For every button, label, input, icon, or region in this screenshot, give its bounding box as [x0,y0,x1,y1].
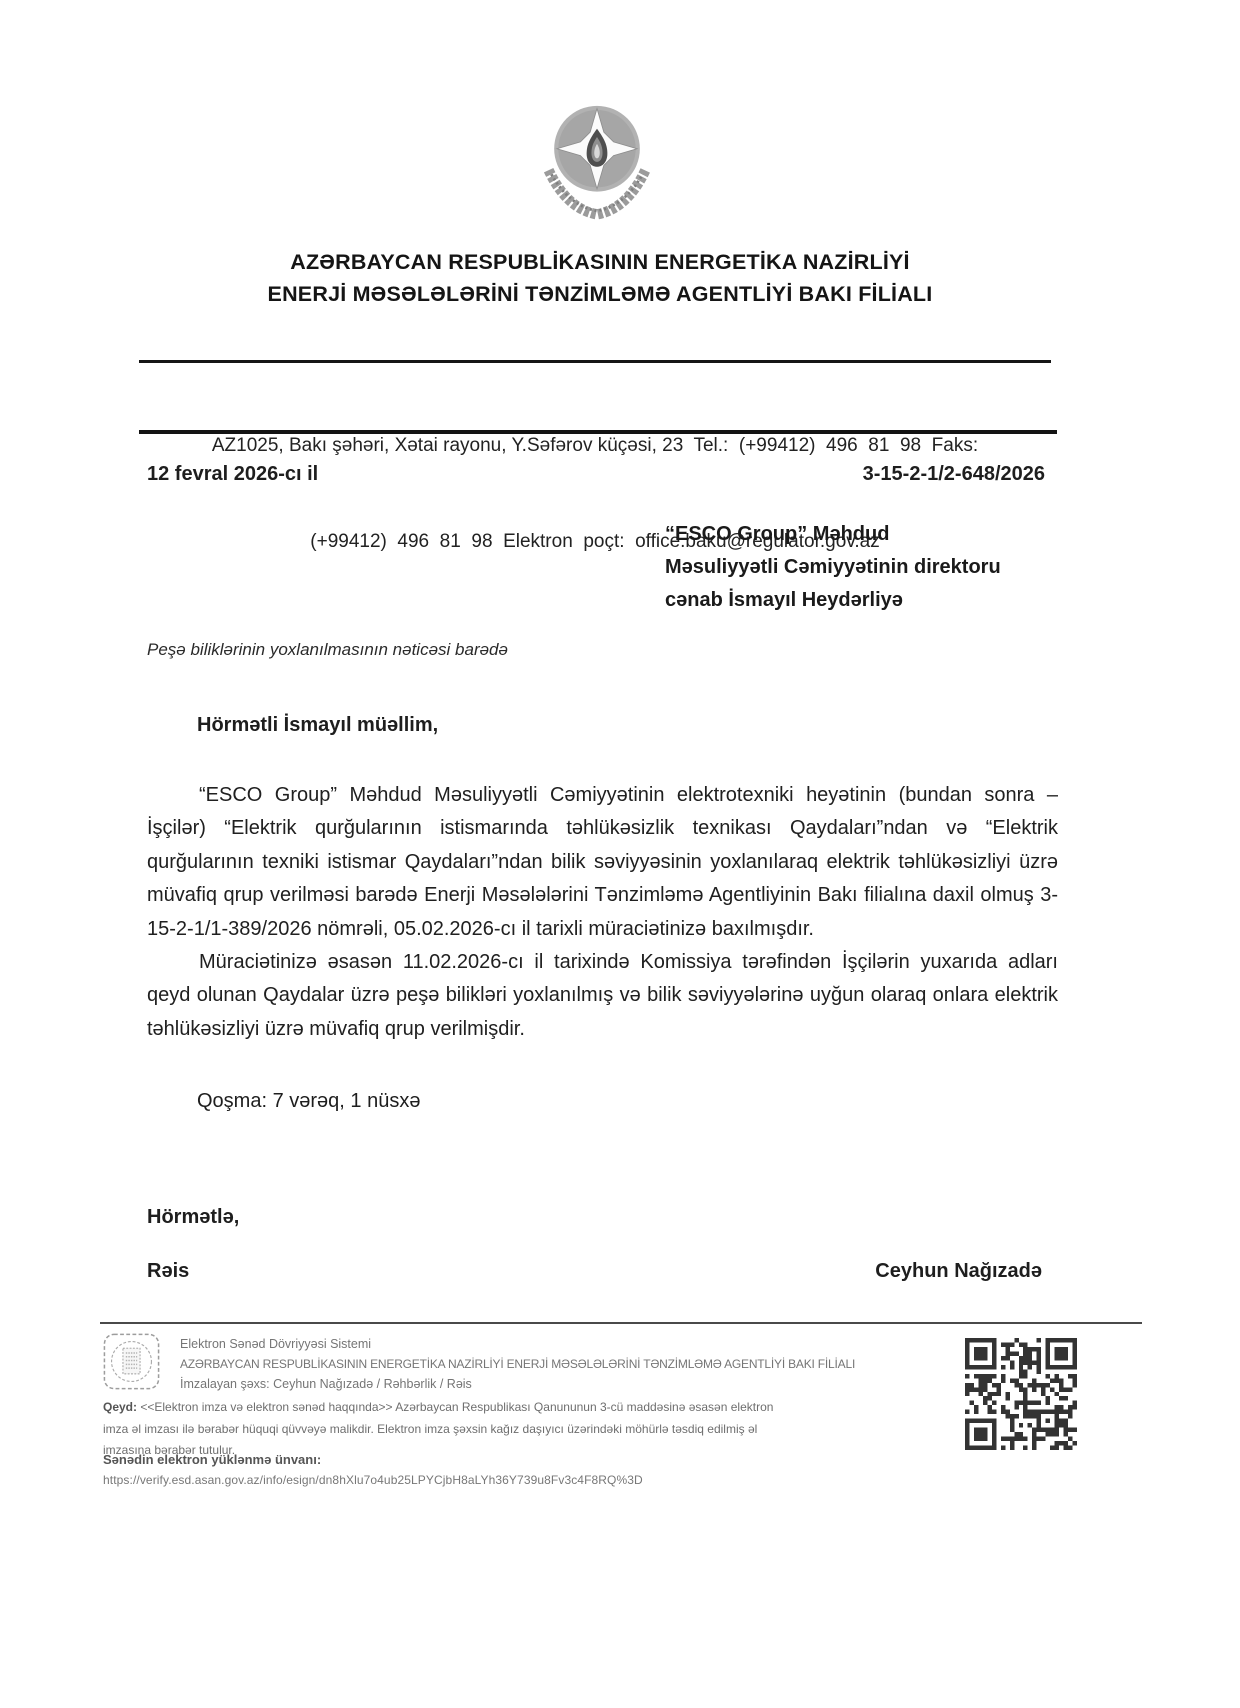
attachment-note: Qoşma: 7 vərəq, 1 nüsxə [197,1090,420,1113]
letter-date: 12 fevral 2026-cı il [147,463,318,486]
title-line-2: ENERJİ MƏSƏLƏLƏRİNİ TƏNZİMLƏMƏ AGENTLİYİ… [80,278,1120,310]
letter-page: AZƏRBAYCAN RESPUBLİKASININ ENERGETİKA NA… [0,0,1240,1708]
header-rule-bottom [139,430,1057,434]
download-address-label: Sənədin elektron yüklənmə ünvanı: [103,1452,321,1467]
letter-body: “ESCO Group” Məhdud Məsuliyyətli Cəmiyyə… [147,779,1058,1046]
signer-title: Rəis [147,1260,189,1283]
letter-reference-number: 3-15-2-1/2-648/2026 [863,463,1045,486]
address-line-1: AZ1025, Bakı şəhəri, Xətai rayonu, Y.Səf… [139,430,1051,462]
recipient-block: “ESCO Group” Məhdud Məsuliyyətli Cəmiyyə… [665,518,1001,617]
recipient-line-2: Məsuliyyətli Cəmiyyətinin direktoru [665,551,1001,584]
esign-system-name: Elektron Sənəd Dövriyyəsi Sistemi [180,1334,960,1354]
body-paragraph-1: “ESCO Group” Məhdud Məsuliyyətli Cəmiyyə… [147,779,1058,946]
esign-info-block: Elektron Sənəd Dövriyyəsi Sistemi AZƏRBA… [180,1334,960,1394]
qr-code-icon [965,1338,1077,1450]
header-rule-top [139,360,1051,363]
azerbaijan-emblem-icon [526,90,668,242]
ministry-title: AZƏRBAYCAN RESPUBLİKASININ ENERGETİKA NA… [80,246,1120,310]
esign-signer: İmzalayan şəxs: Ceyhun Nağızadə / Rəhbər… [180,1374,960,1394]
esign-stamp-icon [103,1333,160,1390]
esign-organization: AZƏRBAYCAN RESPUBLİKASININ ENERGETİKA NA… [180,1354,960,1374]
download-url: https://verify.esd.asan.gov.az/info/esig… [103,1473,643,1487]
recipient-line-3: cənab İsmayıl Heydərliyə [665,584,1001,617]
closing-salutation: Hörmətlə, [147,1206,239,1229]
signer-name: Ceyhun Nağızadə [875,1260,1042,1283]
footer-divider [100,1322,1142,1324]
subject-line: Peşə biliklərinin yoxlanılmasının nəticə… [147,640,508,660]
greeting: Hörmətli İsmayıl müəllim, [197,714,438,737]
legal-note-label: Qeyd: [103,1400,137,1414]
body-paragraph-2: Müraciətinizə əsasən 11.02.2026-cı il ta… [147,946,1058,1046]
legal-note-text: <<Elektron imza və elektron sənəd haqqın… [103,1400,773,1457]
title-line-1: AZƏRBAYCAN RESPUBLİKASININ ENERGETİKA NA… [80,246,1120,278]
recipient-line-1: “ESCO Group” Məhdud [665,518,1001,551]
